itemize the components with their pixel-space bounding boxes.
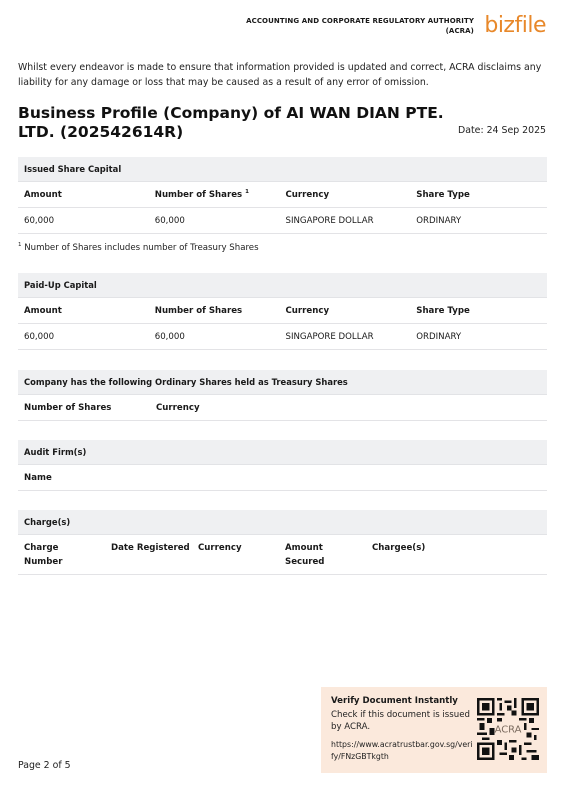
- share-type-cell: ORDINARY: [416, 332, 547, 342]
- table-row: 60,000 60,000 SINGAPORE DOLLAR ORDINARY: [18, 208, 547, 234]
- verify-url-link[interactable]: https://www.acratrustbar.gov.sg/verify/F…: [331, 739, 473, 762]
- document-date: Date: 24 Sep 2025: [458, 125, 546, 136]
- section-heading: Paid-Up Capital: [18, 273, 547, 298]
- authority-line-1: ACCOUNTING AND CORPORATE REGULATORY AUTH…: [246, 16, 474, 26]
- share-type-cell: ORDINARY: [416, 216, 547, 226]
- column-header: Name: [24, 473, 52, 483]
- amount-cell: 60,000: [24, 216, 155, 226]
- column-header: Amount: [24, 190, 155, 200]
- column-header: Date Registered: [111, 541, 198, 555]
- table-header-row: Amount Number of Shares 1 Currency Share…: [18, 182, 547, 208]
- column-header: Share Type: [416, 306, 547, 316]
- treasury-shares-section: Company has the following Ordinary Share…: [18, 370, 547, 421]
- footnote: 1 Number of Shares includes number of Tr…: [18, 242, 259, 253]
- footnote-text: Number of Shares includes number of Trea…: [24, 243, 258, 253]
- page-number: Page 2 of 5: [18, 760, 71, 771]
- shares-cell: 60,000: [155, 216, 286, 226]
- amount-cell: 60,000: [24, 332, 155, 342]
- section-heading: Audit Firm(s): [18, 440, 547, 465]
- table-header-row: Charge Number Date Registered Currency A…: [18, 535, 547, 575]
- qr-code-icon[interactable]: ACRA: [477, 698, 539, 760]
- bizfile-logo: bizfile: [484, 13, 546, 39]
- table-header-row: Name: [18, 465, 547, 491]
- issued-share-capital-section: Issued Share Capital Amount Number of Sh…: [18, 157, 547, 234]
- column-header: Currency: [286, 190, 417, 200]
- column-header: Currency: [286, 306, 417, 316]
- table-row: 60,000 60,000 SINGAPORE DOLLAR ORDINARY: [18, 324, 547, 350]
- section-heading: Company has the following Ordinary Share…: [18, 370, 547, 395]
- verify-text: Check if this document is issued by ACRA…: [331, 710, 473, 733]
- authority-name: ACCOUNTING AND CORPORATE REGULATORY AUTH…: [246, 16, 474, 36]
- section-heading: Issued Share Capital: [18, 157, 547, 182]
- currency-cell: SINGAPORE DOLLAR: [286, 216, 417, 226]
- column-header: Chargee(s): [372, 541, 459, 555]
- page-title: Business Profile (Company) of AI WAN DIA…: [18, 104, 448, 142]
- column-header: Number of Shares: [155, 306, 286, 316]
- column-header: Number of Shares 1: [155, 189, 286, 200]
- footnote-marker: 1: [245, 189, 249, 195]
- table-header-row: Number of Shares Currency: [18, 395, 547, 421]
- column-header: Share Type: [416, 190, 547, 200]
- column-header: Number of Shares: [24, 403, 156, 413]
- table-header-row: Amount Number of Shares Currency Share T…: [18, 298, 547, 324]
- disclaimer-text: Whilst every endeavor is made to ensure …: [18, 60, 546, 90]
- column-header: Amount: [24, 306, 155, 316]
- charges-section: Charge(s) Charge Number Date Registered …: [18, 510, 547, 575]
- column-header: Amount Secured: [285, 541, 345, 569]
- audit-firms-section: Audit Firm(s) Name: [18, 440, 547, 491]
- currency-cell: SINGAPORE DOLLAR: [286, 332, 417, 342]
- column-header: Currency: [198, 541, 285, 555]
- column-header: Currency: [156, 403, 288, 413]
- column-header-text: Number of Shares: [155, 190, 242, 200]
- footnote-marker: 1: [18, 242, 22, 248]
- verify-document-box: Verify Document Instantly Check if this …: [321, 687, 547, 773]
- paid-up-capital-section: Paid-Up Capital Amount Number of Shares …: [18, 273, 547, 350]
- column-header: Charge Number: [24, 541, 84, 569]
- authority-line-2: (ACRA): [246, 26, 474, 36]
- shares-cell: 60,000: [155, 332, 286, 342]
- qr-acra-label: ACRA: [495, 725, 522, 736]
- section-heading: Charge(s): [18, 510, 547, 535]
